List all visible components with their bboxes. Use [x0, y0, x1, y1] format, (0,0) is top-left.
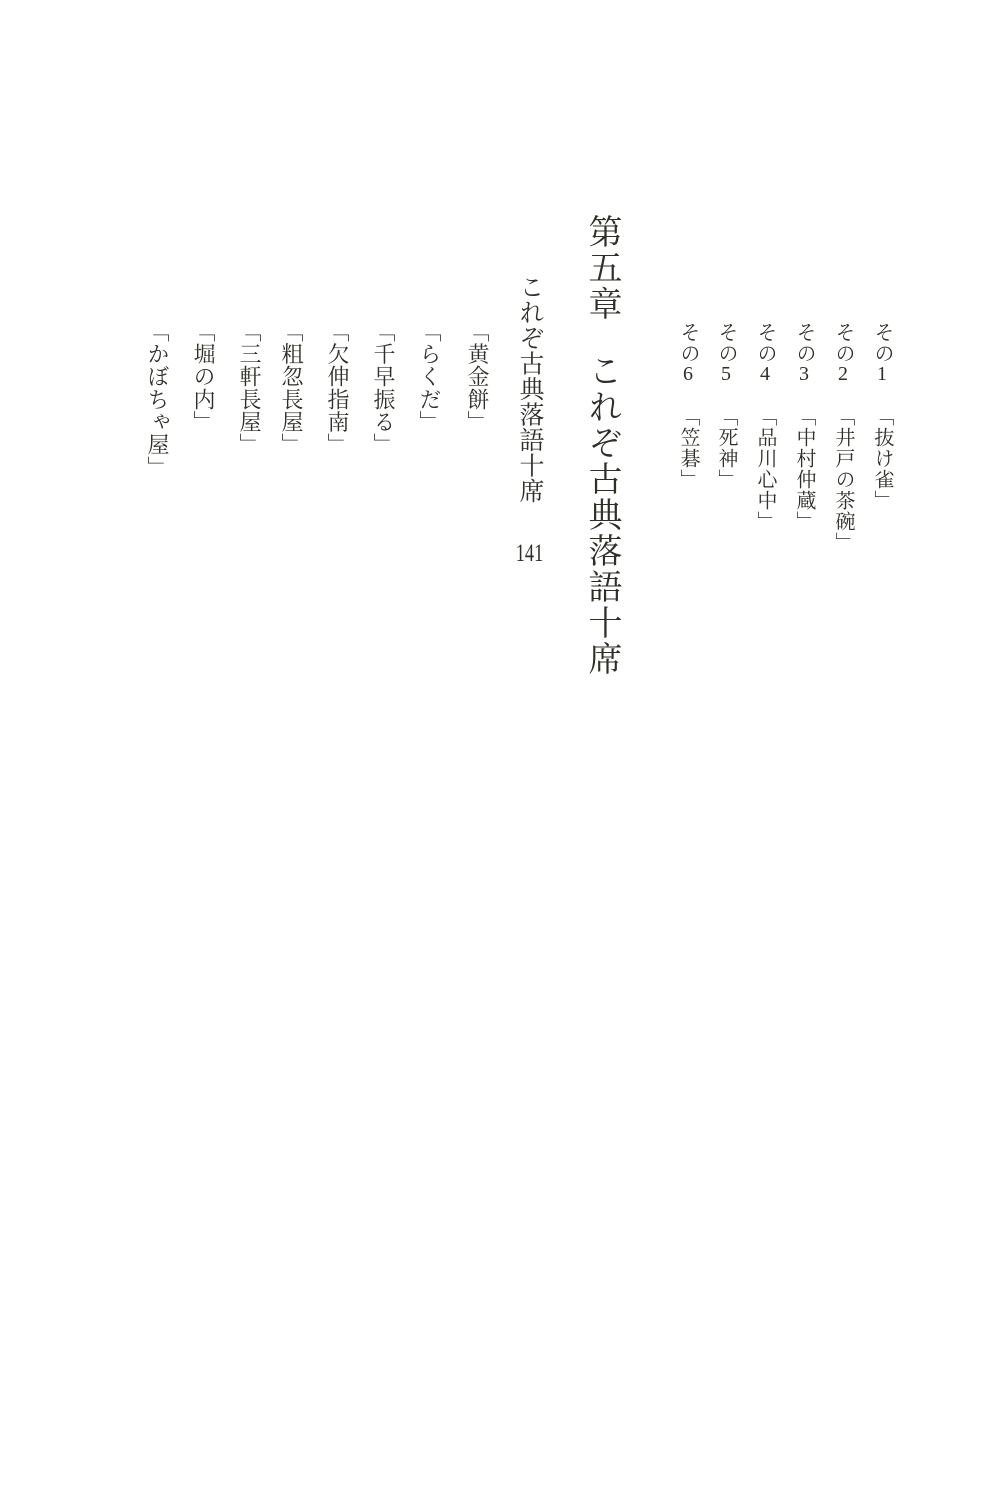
toc-story-title: 「黄金餅」	[466, 320, 488, 433]
toc-story-title: 「堀の内」	[192, 320, 214, 433]
section-page-number: 141	[516, 541, 543, 566]
entry-label: その	[793, 322, 815, 364]
toc-story-title: 「千早振る」	[372, 320, 394, 456]
entry-label: その	[871, 322, 893, 364]
entry-label: その	[832, 322, 854, 364]
toc-page: その1「抜け雀」 その2「井戸の茶碗」 その3「中村仲蔵」 その4「品川心中」 …	[0, 0, 1007, 1502]
entry-title: 「死神」	[715, 406, 737, 490]
entry-number: 6	[677, 364, 699, 384]
entry-title: 「抜け雀」	[871, 406, 893, 511]
section-heading: これぞ古典落語十席141	[517, 274, 542, 566]
entry-title: 「品川心中」	[754, 406, 776, 532]
entry-number: 2	[832, 364, 854, 384]
entry-title: 「井戸の茶碗」	[832, 406, 854, 553]
toc-entry-sono-4: その4「品川心中」	[755, 322, 775, 532]
entry-number: 5	[715, 364, 737, 384]
entry-number: 1	[871, 364, 893, 384]
toc-entry-sono-1: その1「抜け雀」	[872, 322, 892, 511]
chapter-label: 第五章	[583, 214, 620, 322]
entry-title: 「笠碁」	[677, 406, 699, 490]
toc-entry-sono-3: その3「中村仲蔵」	[794, 322, 814, 532]
toc-story-title: 「粗忽長屋」	[280, 320, 302, 456]
toc-entry-sono-5: その5「死神」	[716, 322, 736, 490]
chapter-title: これぞ古典落語十席	[583, 353, 620, 677]
entry-number: 4	[754, 364, 776, 384]
entry-title: 「中村仲蔵」	[793, 406, 815, 532]
chapter-heading: 第五章これぞ古典落語十席	[584, 214, 618, 677]
toc-story-title: 「欠伸指南」	[326, 320, 348, 456]
entry-label: その	[715, 322, 737, 364]
section-title: これぞ古典落語十席	[516, 274, 543, 504]
toc-story-title: 「らくだ」	[418, 320, 440, 433]
entry-number: 3	[793, 364, 815, 384]
entry-label: その	[754, 322, 776, 364]
toc-entry-sono-6: その6「笠碁」	[678, 322, 698, 490]
toc-story-title: 「かぼちゃ屋」	[146, 320, 168, 479]
toc-entry-sono-2: その2「井戸の茶碗」	[833, 322, 853, 553]
entry-label: その	[677, 322, 699, 364]
toc-story-title: 「三軒長屋」	[238, 320, 260, 456]
